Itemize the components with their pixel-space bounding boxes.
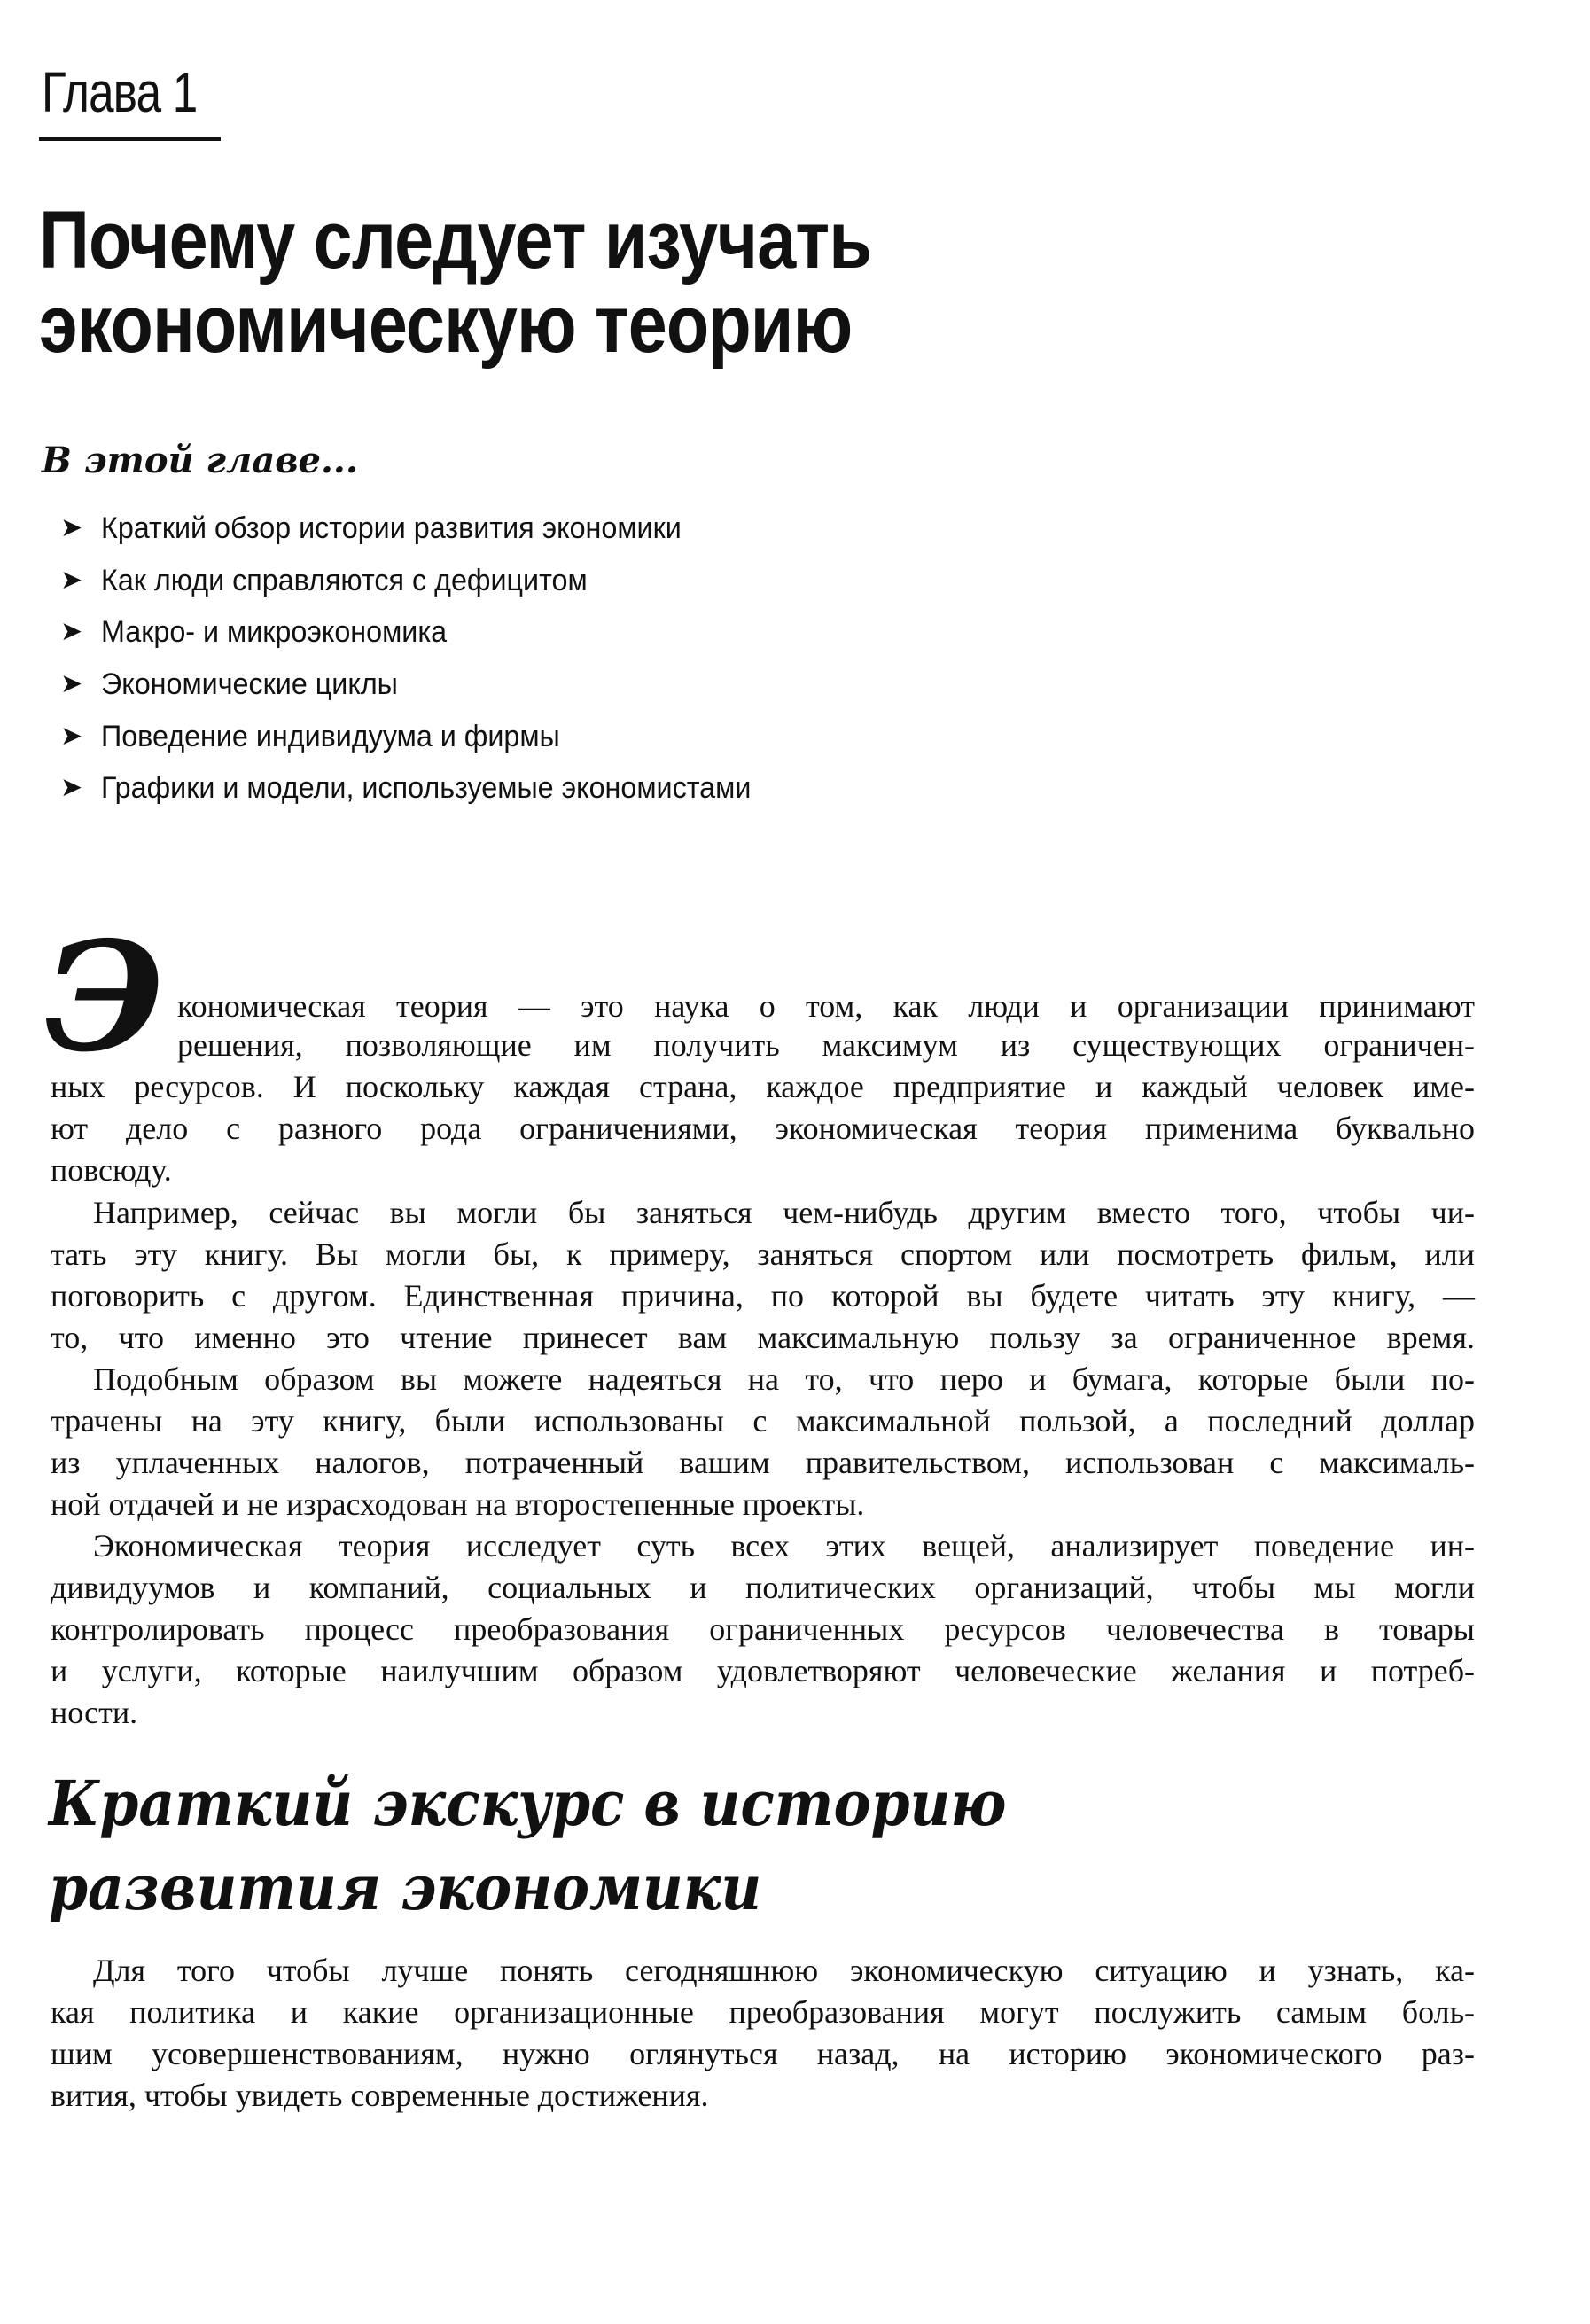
body-line: из уплаченных налогов, потраченный вашим… [51, 1442, 1475, 1484]
section-line: шим усовершенствованиям, нужно оглянутьс… [51, 2033, 1475, 2075]
list-item: ➤Графики и модели, используемые экономис… [60, 772, 785, 824]
section-line: вития, чтобы увидеть современные достиже… [51, 2075, 708, 2117]
chapter-title-line-1: Почему следует изучать [39, 199, 871, 281]
body-line: Подобным образом вы можете надеяться на … [93, 1359, 1475, 1400]
list-item: ➤Экономические циклы [60, 668, 785, 721]
section-line: кая политика и какие организационные пре… [51, 1992, 1475, 2033]
body-line: ности. [51, 1692, 137, 1734]
list-item: ➤Макро- и микроэкономика [60, 616, 785, 668]
chapter-topics-list: ➤Краткий обзор истории развития экономик… [60, 512, 785, 824]
body-line: поговорить с другом. Единственная причин… [51, 1275, 1475, 1317]
arrow-bullet-icon: ➤ [60, 668, 101, 700]
chapter-underline [39, 137, 221, 141]
body-line: Экономическая теория исследует суть всех… [93, 1525, 1475, 1567]
body-line: ных ресурсов. И поскольку каждая страна,… [51, 1066, 1475, 1108]
section-line: Для того чтобы лучше понять сегодняшнюю … [93, 1950, 1475, 1992]
section-heading-line-1: Краткий экскурс в историю [49, 1773, 1006, 1835]
body-line: ной отдачей и не израсходован на второст… [51, 1484, 864, 1525]
list-item: ➤Как люди справляются с дефицитом [60, 565, 785, 617]
body-line: повсюду. [51, 1150, 172, 1191]
body-line: то, что именно это чтение принесет вам м… [51, 1317, 1475, 1359]
list-item: ➤Поведение индивидуума и фирмы [60, 721, 785, 773]
arrow-bullet-icon: ➤ [60, 512, 101, 544]
body-line: Например, сейчас вы могли бы заняться че… [93, 1192, 1475, 1234]
section-heading-line-2: развития экономики [49, 1857, 761, 1919]
drop-cap: Э [44, 922, 164, 1072]
body-line: дивидуумов и компаний, социальных и поли… [51, 1567, 1475, 1609]
arrow-bullet-icon: ➤ [60, 616, 101, 648]
arrow-bullet-icon: ➤ [60, 772, 101, 804]
body-line: решения, позволяющие им получить максиму… [177, 1025, 1475, 1066]
chapter-label: Глава 1 [42, 64, 197, 121]
list-item: ➤Краткий обзор истории развития экономик… [60, 512, 785, 565]
arrow-bullet-icon: ➤ [60, 565, 101, 597]
in-this-chapter-heading: В этой главе... [42, 443, 358, 479]
arrow-bullet-icon: ➤ [60, 721, 101, 753]
chapter-title-line-2: экономическую теорию [39, 284, 852, 365]
body-line: трачены на эту книгу, были использованы … [51, 1400, 1475, 1442]
body-line: контролировать процесс преобразования ог… [51, 1609, 1475, 1650]
body-line: кономическая теория — это наука о том, к… [177, 986, 1475, 1027]
body-line: и услуги, которые наилучшим образом удов… [51, 1650, 1475, 1692]
body-line: тать эту книгу. Вы могли бы, к примеру, … [51, 1234, 1475, 1275]
body-line: ют дело с разного рода ограничениями, эк… [51, 1108, 1475, 1150]
